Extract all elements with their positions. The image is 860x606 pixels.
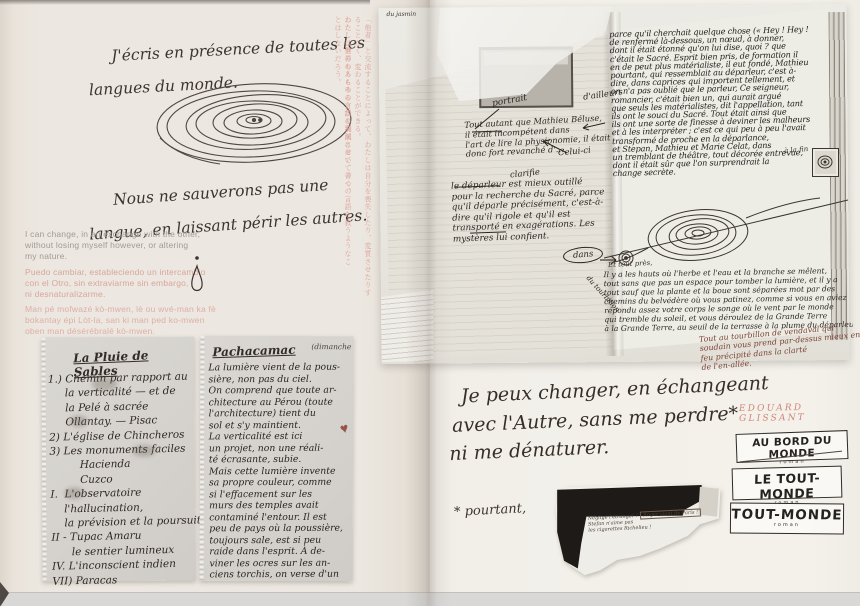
- text-line: La verticalité est ici: [209, 431, 343, 443]
- text-line: peu de pays où la poussière,: [209, 523, 343, 535]
- notebook-dense-text-lower: Il y a les hauts où l'herbe et l'eau et …: [603, 266, 852, 333]
- text-line: Man pé mofwazé kò-mwen, lè ou wvé-man ka…: [25, 304, 216, 315]
- text-line: I can change, in an exchange with the ot…: [25, 229, 200, 240]
- page-top-edge-shadow: [0, 0, 370, 5]
- text-line: l'architecture) tient du: [209, 408, 343, 420]
- printed-translation-creole: Man pé mofwazé kò-mwen, lè ou wvé-man ka…: [25, 304, 216, 337]
- notebook-dense-text-upper: parce qu'il cherchait quelque chose (« H…: [609, 24, 851, 178]
- manuscript-card-pachacamac: Pachacamac (dimanche La lumière vient de…: [200, 336, 354, 582]
- text-line: ni desnaturalizarme.: [25, 289, 206, 300]
- text-line: raide dans l'esprit. À de-: [209, 546, 343, 558]
- text-line: con el Otro, sin extraviarme sin embargo…: [25, 278, 206, 289]
- card-corner-note: (dimanche: [311, 342, 351, 351]
- book-title: LE TOUT-MONDE: [733, 467, 842, 503]
- notebook-corner-pages: [381, 290, 434, 362]
- notebook-paragraph-mathieu: Tout autant que Mathieu Béluse,il était …: [464, 113, 611, 160]
- text-line: té écrasante, subie.: [209, 454, 343, 466]
- ink-blot: [92, 377, 118, 391]
- photo-frame-label: du jasmin: [386, 11, 416, 18]
- text-line: murs des temples avait: [209, 500, 343, 512]
- text-line: Mais cette lumière invente: [209, 465, 343, 477]
- ink-doodle: [186, 252, 208, 296]
- handwritten-quote-je-peux-changer: Je peux changer, en échangeantavec l'Aut…: [450, 369, 771, 468]
- card-title: Pachacamac: [212, 343, 296, 360]
- printed-translation-english: I can change, in an exchange with the ot…: [25, 229, 200, 262]
- card-handwritten-text: La lumière vient de la pous-sière, non p…: [208, 362, 343, 581]
- text-line: viner les ocres sur les an-: [209, 557, 343, 569]
- torn-paper-fragment: Négligé l'étranger !Stefan n'aime pasles…: [552, 484, 724, 580]
- text-line: without losing myself however, or alteri…: [25, 240, 200, 251]
- text-line: sière, non pas du ciel.: [208, 373, 342, 385]
- text-line: oben man désérébralé kò-mwen.: [25, 326, 216, 337]
- japanese-translation-column-3: わたしは他のもろもろの言語を消滅させて、一つの言語を救うようなことはしないだろう…: [332, 16, 352, 268]
- text-line: chitecture au Pérou (toute: [209, 396, 343, 408]
- text-line: sol et s'y maintient.: [209, 419, 343, 431]
- ink-blot: [70, 415, 88, 427]
- japanese-translation-column-1: 「他者」と交流することによって、わたしは自分を喪失したり、変質させたりすることな…: [352, 16, 372, 304]
- text-line: sa propre couleur, comme: [209, 477, 343, 489]
- text-line: un projet, non une réali-: [209, 442, 343, 454]
- text-line: La lumière vient de la pous-: [208, 362, 342, 374]
- printed-translation-spanish: Puedo cambiar, estableciendo un intercam…: [25, 267, 206, 300]
- card-handwritten-list: 1.) Chemin par rapport au la verticalité…: [48, 369, 209, 589]
- book-cover-tout-monde: TOUT-MONDE roman: [730, 503, 844, 535]
- text-line: contaminé l'entour. Il est: [209, 511, 343, 523]
- text-line: toujours sale, est si peu: [209, 534, 343, 546]
- book-title: TOUT-MONDE: [730, 504, 843, 524]
- text-line: si l'effacement sur les: [209, 488, 343, 500]
- ink-blot: [132, 445, 156, 457]
- manuscript-card-pluie-de-sables: La Pluie de Sables 1.) Chemin par rappor…: [41, 337, 195, 582]
- author-name: EDOUARD GLISSANT: [739, 402, 860, 424]
- text-line: Puedo cambiar, estableciendo un intercam…: [25, 267, 206, 278]
- text-line: ciens torchis, on verse d'un: [209, 569, 343, 581]
- book-cover-au-bord-du-monde: AU BORD DU MONDE roman: [736, 430, 849, 463]
- text-line: my nature.: [25, 251, 200, 262]
- ink-blot: [64, 487, 84, 499]
- table-surface-strip: [0, 592, 860, 606]
- text-line: On comprend que toute ar-: [209, 385, 343, 397]
- corner-shadow-mark: [0, 582, 9, 606]
- book-spread: J'écris en présence de toutes leslangues…: [0, 0, 860, 606]
- book-title: AU BORD DU MONDE: [737, 431, 847, 462]
- book-cover-le-tout-monde: LE TOUT-MONDE roman: [732, 466, 843, 501]
- text-line: bokantay épi Lòt-la, san ki man ped ko-m…: [25, 315, 216, 326]
